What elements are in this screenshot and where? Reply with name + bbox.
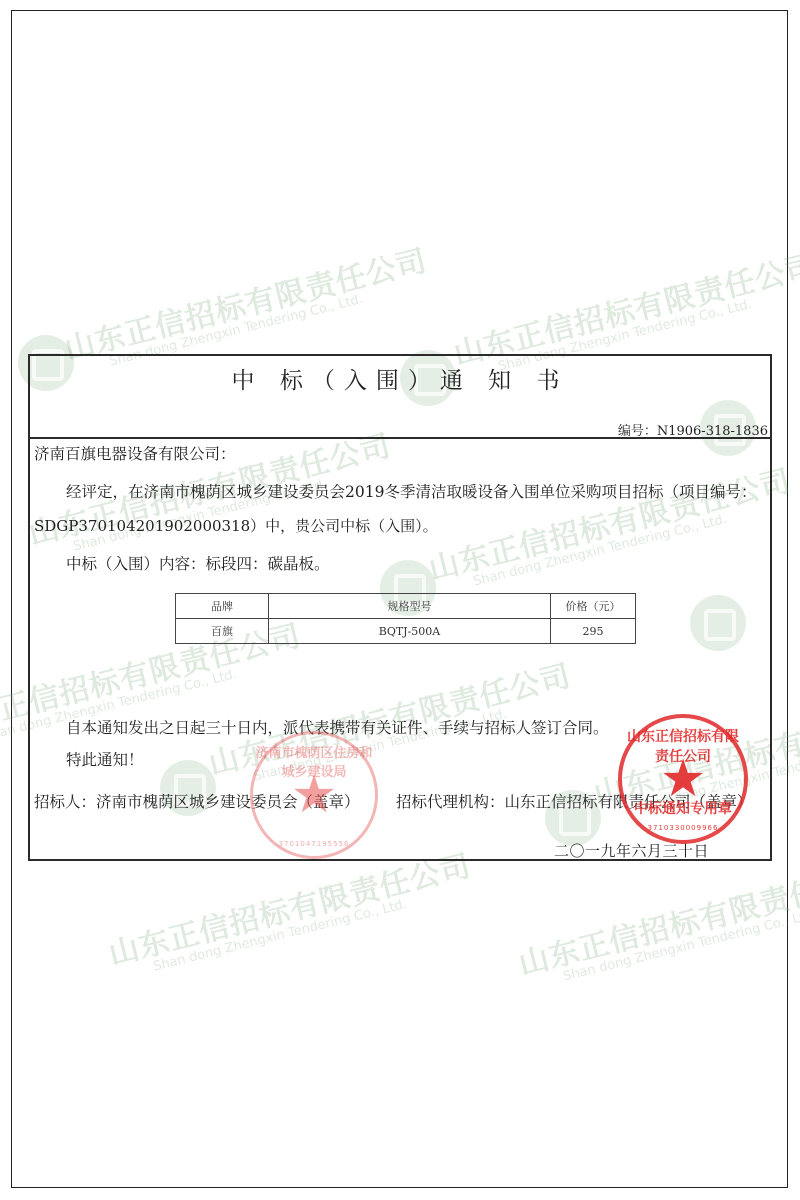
table-cell: BQTJ-500A bbox=[269, 619, 551, 644]
evaluation-paragraph: 经评定，在济南市槐荫区城乡建设委员会2019冬季清洁取暖设备入围单位采购项目招标… bbox=[66, 480, 756, 502]
notice-document: 中 标（入围）通 知 书 编号：N1906-318-1836 济南百旗电器设备有… bbox=[28, 354, 772, 861]
agent-signature: 招标代理机构：山东正信招标有限责任公司（盖章） bbox=[396, 790, 753, 812]
header-divider bbox=[30, 437, 770, 439]
award-content: 中标（入围）内容：标段四：碳晶板。 bbox=[66, 552, 330, 574]
document-title: 中 标（入围）通 知 书 bbox=[30, 362, 770, 395]
table-header-cell: 规格型号 bbox=[269, 594, 551, 619]
recipient-company: 济南百旗电器设备有限公司： bbox=[34, 442, 236, 464]
issue-date: 二〇一九年六月三十日 bbox=[554, 840, 709, 861]
table-row: 百旗BQTJ-500A295 bbox=[176, 619, 636, 644]
contract-notice: 自本通知发出之日起三十日内，派代表携带有关证件、手续与招标人签订合同。 bbox=[66, 716, 609, 738]
table-header-cell: 品牌 bbox=[176, 594, 269, 619]
table-cell: 百旗 bbox=[176, 619, 269, 644]
award-table: 品牌规格型号价格（元）百旗BQTJ-500A295 bbox=[175, 593, 636, 644]
tenderer-signature: 招标人：济南市槐荫区城乡建设委员会（盖章） bbox=[34, 790, 360, 812]
seal-code: 3710330009966 bbox=[622, 824, 744, 832]
seal-ring-text: 山东正信招标有限责任公司 bbox=[622, 726, 744, 766]
table-header-cell: 价格（元） bbox=[551, 594, 636, 619]
agent-seal: 山东正信招标有限责任公司 ★ 中标通知专用章 3710330009966 bbox=[618, 714, 748, 844]
table-header-row: 品牌规格型号价格（元） bbox=[176, 594, 636, 619]
evaluation-paragraph-cont: SDGP370104201902000318）中，贵公司中标（入围）。 bbox=[34, 515, 438, 536]
table-cell: 295 bbox=[551, 619, 636, 644]
seal-code: 3701047195556 bbox=[253, 840, 375, 848]
seal-ring-text: 济南市槐荫区住房和城乡建设局 bbox=[253, 742, 375, 780]
closing-text: 特此通知！ bbox=[66, 748, 144, 770]
